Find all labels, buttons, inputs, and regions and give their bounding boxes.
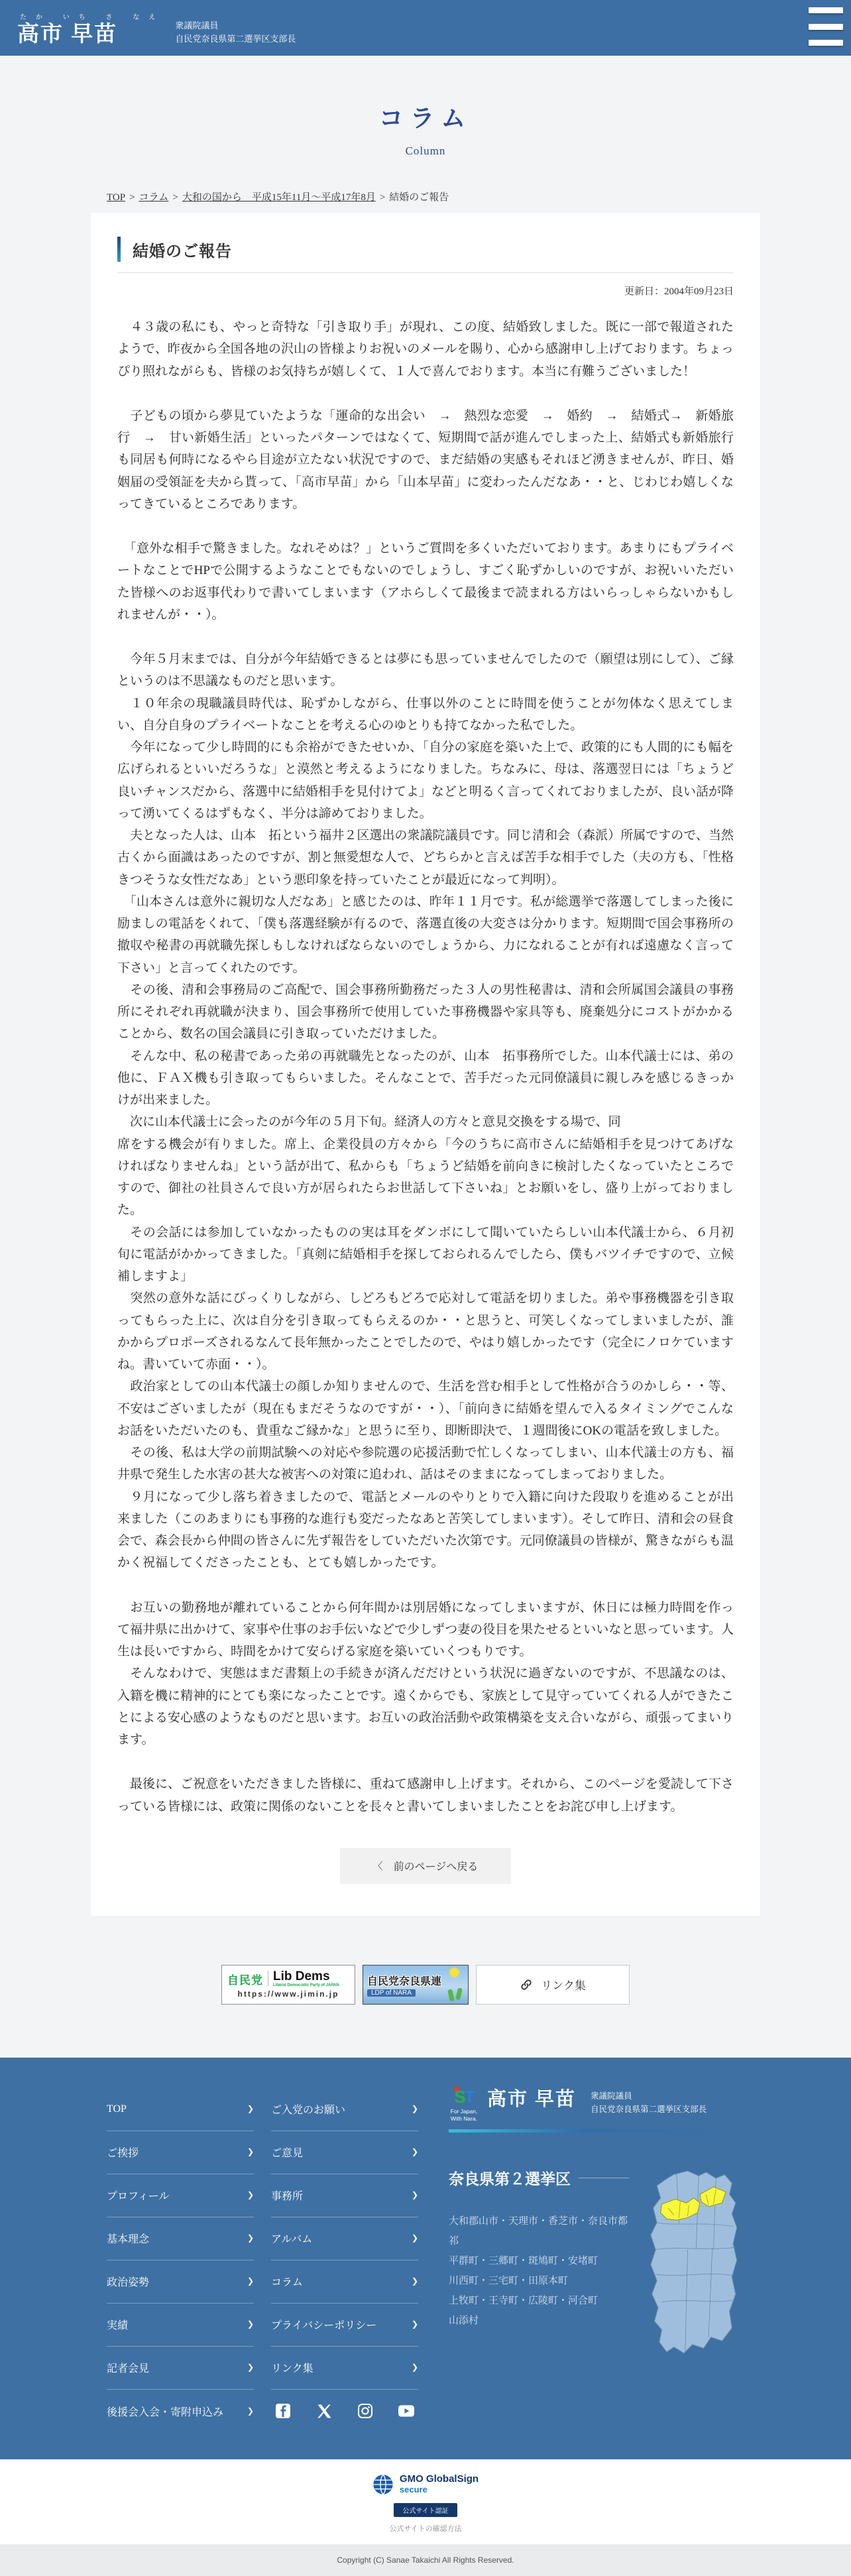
article-paragraph: その後、私は大学の前期試験への対応や参院選の応援活動で忙しくなってしまい、山本代… bbox=[117, 1442, 734, 1486]
footer-nav-left-column: TOP❯ご挨拶❯プロフィール❯基本理念❯政治姿勢❯実績❯記者会見❯後援会入会・寄… bbox=[107, 2088, 254, 2433]
jimin-party-label: 自民党 bbox=[227, 1971, 263, 1987]
footer-nav-label: 記者会見 bbox=[107, 2360, 149, 2375]
chevron-right-icon: ❯ bbox=[247, 2406, 254, 2416]
seal-caption-link[interactable]: 公式サイトの確認方法 bbox=[0, 2523, 851, 2534]
article-paragraph: 今年になって少し時間的にも余裕ができたせいか、「自分の家庭を築いた上で、政策的に… bbox=[117, 736, 734, 825]
footer-profile-block: ST For Japan, With Nara. 高市 早苗 衆議院議員 自民党… bbox=[449, 2088, 744, 2433]
youtube-icon[interactable] bbox=[398, 2403, 414, 2419]
footer-nav-item[interactable]: 政治姿勢❯ bbox=[107, 2260, 254, 2304]
chevron-right-icon: ❯ bbox=[247, 2319, 254, 2329]
footer-logo-title-1: 衆議院議員 bbox=[591, 2089, 707, 2103]
st-letters: ST bbox=[449, 2088, 479, 2105]
article-paragraph: その後、清和会事務局のご高配で、国会事務所勤務だった３人の男性秘書は、清和会所属… bbox=[117, 979, 734, 1045]
breadcrumb-item[interactable]: コラム bbox=[139, 192, 169, 203]
footer-nav: TOP❯ご挨拶❯プロフィール❯基本理念❯政治姿勢❯実績❯記者会見❯後援会入会・寄… bbox=[107, 2088, 418, 2433]
article-paragraph: 「意外な相手で驚きました。なれそめは？」というご質問を多くいただいております。あ… bbox=[117, 538, 734, 626]
article-paragraph: そんなわけで、実態はまだ書類上の手続きが済んだだけという状況に過ぎないのですが、… bbox=[117, 1663, 734, 1751]
logo-furigana: たか いち さ なえ bbox=[17, 11, 164, 21]
district-areas: 大和郡山市・天理市・香芝市・奈良市都祁平群町・三郷町・斑鳩町・安堵町川西町・三宅… bbox=[449, 2211, 629, 2331]
district-area-line: 大和郡山市・天理市・香芝市・奈良市都祁 bbox=[449, 2211, 629, 2251]
footer-logo-name: 高市 早苗 bbox=[487, 2088, 576, 2111]
article-paragraph: 最後に、ご祝意をいただきました皆様に、重ねて感謝申し上げます。それから、このペー… bbox=[117, 1773, 734, 1818]
instagram-icon[interactable] bbox=[357, 2403, 373, 2419]
footer-nav-label: ご入党のお願い bbox=[271, 2101, 345, 2117]
footer-logo-titles: 衆議院議員 自民党奈良県第二選挙区支部長 bbox=[591, 2088, 707, 2116]
article-paragraph: 次に山本代議士に会ったのが今年の５月下旬。経済人の方々と意見交換をする場で、同 … bbox=[117, 1111, 734, 1221]
footer-nav-item[interactable]: 後援会入会・寄附申込み❯ bbox=[107, 2390, 254, 2433]
chevron-right-icon: ❯ bbox=[412, 2147, 418, 2157]
footer-nav-item[interactable]: ご入党のお願い❯ bbox=[271, 2088, 418, 2131]
chevron-right-icon: ❯ bbox=[412, 2190, 418, 2200]
breadcrumb: TOP>コラム>大和の国から 平成15年11月～平成17年8月>結婚のご報告 bbox=[107, 190, 744, 204]
seal-texts: GMO GlobalSign secure bbox=[400, 2474, 479, 2494]
footer-nav-right-column: ご入党のお願い❯ご意見❯事務所❯アルバム❯コラム❯プライバシーポリシー❯リンク集… bbox=[271, 2088, 418, 2433]
page-subtitle: Column bbox=[0, 145, 851, 158]
article-title-row: 結婚のご報告 bbox=[117, 237, 734, 273]
footer-nav-label: 政治姿勢 bbox=[107, 2274, 149, 2289]
article-updated-date: 更新日：2004年09月23日 bbox=[117, 284, 734, 298]
district-heading-line bbox=[579, 2178, 629, 2178]
footer-nav-label: 基本理念 bbox=[107, 2231, 149, 2246]
globalsign-seal[interactable]: GMO GlobalSign secure bbox=[372, 2474, 479, 2495]
district-area-line: 上牧町・王寺町・広陵町・河合町 bbox=[449, 2291, 629, 2311]
breadcrumb-item[interactable]: TOP bbox=[107, 192, 125, 203]
site-logo-name-block: たか いち さ なえ 高市 早苗 bbox=[17, 11, 164, 44]
divider bbox=[268, 1971, 268, 1987]
site-seal-section: GMO GlobalSign secure 公式サイト認証 公式サイトの確認方法 bbox=[0, 2459, 851, 2544]
logo-name: 高市 早苗 bbox=[17, 23, 164, 44]
district-area-line: 山添村 bbox=[449, 2311, 629, 2331]
page-title-section: コラム Column bbox=[0, 56, 851, 164]
menu-button[interactable] bbox=[809, 7, 843, 46]
red-dot-icon bbox=[454, 2086, 459, 2091]
back-button[interactable]: 〈 前のページへ戻る bbox=[340, 1848, 511, 1884]
district-text-block: 奈良県第２選挙区 大和郡山市・天理市・香芝市・奈良市都祁平群町・三郷町・斑鳩町・… bbox=[449, 2167, 629, 2355]
seal-brand: GMO GlobalSign bbox=[400, 2474, 479, 2485]
link-collection-label: リンク集 bbox=[541, 1976, 586, 1993]
footer-nav-item[interactable]: 基本理念❯ bbox=[107, 2217, 254, 2260]
footer-nav-label: 事務所 bbox=[271, 2188, 303, 2203]
site-header: たか いち さ なえ 高市 早苗 衆議院議員 自民党奈良県第二選挙区支部長 bbox=[0, 0, 851, 56]
ldp-nara-title: 自民党奈良県連 bbox=[367, 1973, 441, 1988]
st-logo-mark: ST For Japan, With Nara. bbox=[449, 2088, 479, 2123]
jimin-sub-label: Liberal Democratic Party of JAPAN bbox=[273, 1983, 339, 1987]
chevron-right-icon: ❯ bbox=[247, 2276, 254, 2286]
logo-title-2: 自民党奈良県第二選挙区支部長 bbox=[175, 32, 296, 46]
facebook-icon[interactable] bbox=[275, 2403, 291, 2419]
footer-nav-label: コラム bbox=[271, 2274, 303, 2289]
footer-nav-label: アルバム bbox=[271, 2231, 312, 2246]
article-title: 結婚のご報告 bbox=[133, 238, 232, 261]
article-paragraph: ９月になって少し落ち着きましたので、電話とメールのやりとりで入籍に向けた段取りを… bbox=[117, 1486, 734, 1574]
page-title: コラム bbox=[0, 98, 851, 134]
footer-nav-item[interactable]: 記者会見❯ bbox=[107, 2347, 254, 2390]
site-footer: TOP❯ご挨拶❯プロフィール❯基本理念❯政治姿勢❯実績❯記者会見❯後援会入会・寄… bbox=[0, 2058, 851, 2459]
chevron-right-icon: ❯ bbox=[247, 2104, 254, 2114]
chevron-right-icon: ❯ bbox=[247, 2363, 254, 2372]
article-paragraph: お互いの勤務地が離れていることから何年間かは別居婚になってしまいますが、休日には… bbox=[117, 1597, 734, 1663]
district-heading: 奈良県第２選挙区 bbox=[449, 2167, 571, 2189]
hamburger-icon bbox=[809, 7, 843, 13]
footer-nav-label: 後援会入会・寄附申込み bbox=[107, 2404, 223, 2419]
article-paragraph: 今年５月末までは、自分が今年結婚できるとは夢にも思っていませんでしたので（願望は… bbox=[117, 648, 734, 693]
sun-icon bbox=[450, 1968, 459, 1977]
article-paragraph: 突然の意外な話にびっくりしながら、しどろもどろで応対して電話を切りました。弟や事… bbox=[117, 1287, 734, 1376]
footer-nav-item[interactable]: 実績❯ bbox=[107, 2304, 254, 2347]
st-tagline: For Japan, With Nara. bbox=[449, 2108, 479, 2123]
logo-title-1: 衆議院議員 bbox=[175, 19, 296, 32]
social-icons-row bbox=[271, 2390, 418, 2433]
gradient-divider bbox=[449, 2129, 744, 2133]
article-paragraph: ４３歳の私にも、やっと奇特な「引き取り手」が現れ、この度、結婚致しました。既に一… bbox=[117, 316, 734, 382]
footer-nav-item[interactable]: TOP❯ bbox=[107, 2088, 254, 2131]
hamburger-icon bbox=[809, 24, 843, 30]
breadcrumb-item: 結婚のご報告 bbox=[389, 192, 449, 203]
article-paragraph: 「山本さんは意外に親切な人だなあ」と感じたのは、昨年１１月です。私が総選挙で落選… bbox=[117, 891, 734, 979]
breadcrumb-separator: > bbox=[172, 192, 178, 203]
article-paragraph: 夫となった人は、山本 拓という福井２区選出の衆議院議員です。同じ清和会（森派）所… bbox=[117, 825, 734, 891]
article-paragraph: その会話には参加していなかったものの実は耳をダンボにして聞いていたらしい山本代議… bbox=[117, 1222, 734, 1288]
article-paragraph: １０年余の現職議員時代は、恥ずかしながら、仕事以外のことに時間を使うことが勿体な… bbox=[117, 693, 734, 737]
breadcrumb-separator: > bbox=[129, 192, 135, 203]
district-area-line: 川西町・三宅町・田原本町 bbox=[449, 2271, 629, 2291]
footer-logo-title-2: 自民党奈良県第二選挙区支部長 bbox=[591, 2103, 707, 2116]
ldp-nara-subtitle: LDP of NARA bbox=[367, 1989, 416, 1997]
chevron-right-icon: ❯ bbox=[412, 2104, 418, 2114]
banner-ldp-nara[interactable]: 自民党奈良県連 LDP of NARA bbox=[363, 1965, 469, 2005]
title-accent-bar bbox=[117, 237, 121, 262]
banner-jimin-top: 自民党 Lib Dems Liberal Democratic Party of… bbox=[227, 1970, 349, 1987]
footer-nav-label: 実績 bbox=[107, 2317, 128, 2332]
footer-nav-label: プライバシーポリシー bbox=[271, 2317, 376, 2332]
footer-inner: TOP❯ご挨拶❯プロフィール❯基本理念❯政治姿勢❯実績❯記者会見❯後援会入会・寄… bbox=[107, 2088, 744, 2433]
chevron-right-icon: ❯ bbox=[412, 2276, 418, 2286]
chevron-right-icon: ❯ bbox=[412, 2233, 418, 2243]
back-button-label: 前のページへ戻る bbox=[394, 1858, 479, 1873]
footer-nav-item[interactable]: リンク集❯ bbox=[271, 2347, 418, 2390]
banner-jimin-party[interactable]: 自民党 Lib Dems Liberal Democratic Party of… bbox=[221, 1965, 355, 2005]
footer-nav-item[interactable]: コラム❯ bbox=[271, 2260, 418, 2304]
link-icon bbox=[520, 1978, 533, 1991]
footer-nav-item[interactable]: プライバシーポリシー❯ bbox=[271, 2304, 418, 2347]
chevron-left-icon: 〈 bbox=[373, 1859, 383, 1873]
article-paragraph: 政治家としての山本代議士の顔しか知りませんので、生活を営む相手として性格が合うの… bbox=[117, 1376, 734, 1442]
st-tagline-2: With Nara. bbox=[449, 2115, 479, 2123]
nara-map bbox=[640, 2170, 744, 2355]
footer-nav-item[interactable]: アルバム❯ bbox=[271, 2217, 418, 2260]
site-logo[interactable]: たか いち さ なえ 高市 早苗 衆議院議員 自民党奈良県第二選挙区支部長 bbox=[17, 10, 296, 46]
jimin-libdems-block: Lib Dems Liberal Democratic Party of JAP… bbox=[273, 1970, 339, 1987]
jimin-libdems-label: Lib Dems bbox=[273, 1969, 330, 1983]
x-icon[interactable] bbox=[316, 2403, 332, 2419]
chevron-right-icon: ❯ bbox=[412, 2319, 418, 2329]
footer-nav-label: TOP bbox=[107, 2103, 127, 2115]
district-block: 奈良県第２選挙区 大和郡山市・天理市・香芝市・奈良市都祁平群町・三郷町・斑鳩町・… bbox=[449, 2167, 744, 2355]
footer-nav-item[interactable]: ご意見❯ bbox=[271, 2131, 418, 2174]
article-card: 結婚のご報告 更新日：2004年09月23日 ４３歳の私にも、やっと奇特な「引き… bbox=[91, 213, 760, 1916]
chevron-right-icon: ❯ bbox=[247, 2190, 254, 2200]
footer-nav-item[interactable]: プロフィール❯ bbox=[107, 2174, 254, 2217]
copyright: Copyright (C) Sanae Takaichi All Rights … bbox=[0, 2544, 851, 2576]
footer-nav-label: プロフィール bbox=[107, 2188, 169, 2203]
article-paragraph: そんな中、私の秘書であった弟の再就職先となったのが、山本 拓事務所でした。山本代… bbox=[117, 1045, 734, 1112]
footer-nav-label: ご意見 bbox=[271, 2144, 303, 2160]
seal-secure: secure bbox=[400, 2485, 479, 2494]
banner-link-collection[interactable]: リンク集 bbox=[476, 1965, 630, 2005]
hamburger-icon bbox=[809, 40, 843, 46]
footer-logo: ST For Japan, With Nara. 高市 早苗 衆議院議員 自民党… bbox=[449, 2088, 744, 2123]
breadcrumb-item[interactable]: 大和の国から 平成15年11月～平成17年8月 bbox=[182, 192, 376, 203]
article-paragraph: 子どもの頃から夢見ていたような「運命的な出会い → 熱烈な恋愛 → 婚約 → 結… bbox=[117, 405, 734, 515]
logo-titles: 衆議院議員 自民党奈良県第二選挙区支部長 bbox=[175, 10, 296, 46]
st-tagline-1: For Japan, bbox=[449, 2108, 479, 2115]
footer-nav-item[interactable]: 事務所❯ bbox=[271, 2174, 418, 2217]
footer-nav-item[interactable]: ご挨拶❯ bbox=[107, 2131, 254, 2174]
district-heading-row: 奈良県第２選挙区 bbox=[449, 2167, 629, 2189]
district-area-line: 平群町・三郷町・斑鳩町・安堵町 bbox=[449, 2251, 629, 2271]
seal-badge-button[interactable]: 公式サイト認証 bbox=[394, 2503, 457, 2517]
person-figure-icon bbox=[455, 1987, 463, 2000]
footer-nav-label: ご挨拶 bbox=[107, 2144, 139, 2160]
jimin-url: https://www.jimin.jp bbox=[227, 1989, 349, 1999]
chevron-right-icon: ❯ bbox=[247, 2147, 254, 2157]
chevron-right-icon: ❯ bbox=[247, 2233, 254, 2243]
chevron-right-icon: ❯ bbox=[412, 2363, 418, 2372]
banner-row: 自民党 Lib Dems Liberal Democratic Party of… bbox=[0, 1965, 851, 2005]
breadcrumb-separator: > bbox=[380, 192, 385, 203]
person-figure-icon bbox=[447, 1989, 455, 2001]
globe-icon bbox=[372, 2474, 394, 2495]
footer-nav-label: リンク集 bbox=[271, 2360, 313, 2375]
article-body: ４３歳の私にも、やっと奇特な「引き取り手」が現れ、この度、結婚致しました。既に一… bbox=[117, 316, 734, 1818]
